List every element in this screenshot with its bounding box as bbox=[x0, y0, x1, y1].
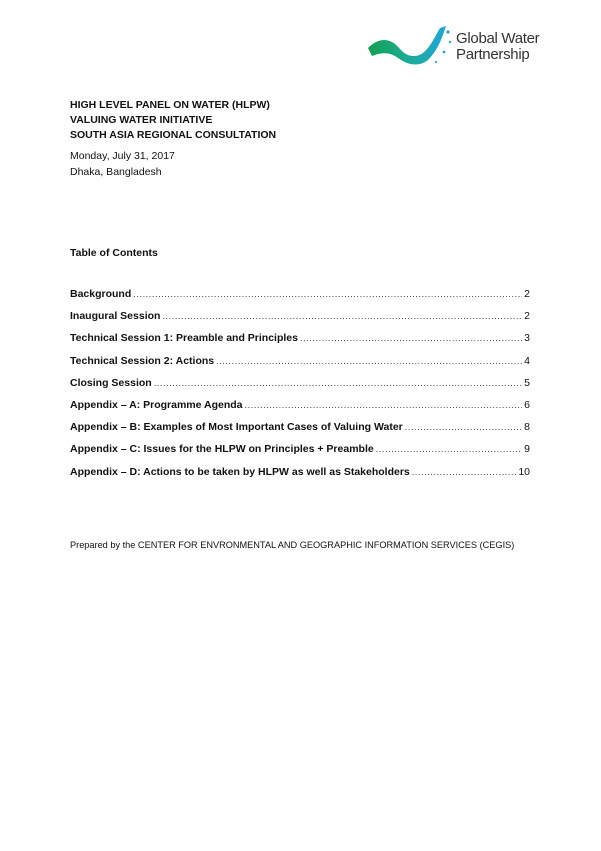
toc-entry[interactable]: Appendix – C: Issues for the HLPW on Pri… bbox=[70, 443, 530, 465]
toc-leader-dots bbox=[376, 444, 522, 454]
toc-entry-page[interactable]: 9 bbox=[524, 443, 530, 455]
logo-text: Global Water Partnership bbox=[456, 31, 539, 63]
document-header: HIGH LEVEL PANEL ON WATER (HLPW) VALUING… bbox=[70, 98, 276, 143]
toc-entry[interactable]: Appendix – A: Programme Agenda6 bbox=[70, 399, 530, 421]
toc-leader-dots bbox=[412, 467, 517, 477]
toc-leader-dots bbox=[245, 400, 523, 410]
toc-title: Table of Contents bbox=[70, 247, 158, 259]
meeting-location: Dhaka, Bangladesh bbox=[70, 165, 175, 181]
document-page: Global Water Partnership HIGH LEVEL PANE… bbox=[0, 0, 601, 851]
toc-entry-label[interactable]: Background bbox=[70, 288, 131, 300]
toc-entry-page[interactable]: 3 bbox=[524, 332, 530, 344]
toc-entry[interactable]: Technical Session 2: Actions4 bbox=[70, 355, 530, 377]
toc-entry-page[interactable]: 2 bbox=[524, 310, 530, 322]
toc-entry-label[interactable]: Appendix – D: Actions to be taken by HLP… bbox=[70, 466, 410, 478]
toc-leader-dots bbox=[154, 378, 522, 388]
toc-leader-dots bbox=[133, 289, 522, 299]
toc-entry-page[interactable]: 2 bbox=[524, 288, 530, 300]
toc-leader-dots bbox=[216, 356, 522, 366]
meeting-date: Monday, July 31, 2017 bbox=[70, 149, 175, 165]
toc-entry[interactable]: Technical Session 1: Preamble and Princi… bbox=[70, 332, 530, 354]
toc-entry[interactable]: Appendix – B: Examples of Most Important… bbox=[70, 421, 530, 443]
toc-entry-label[interactable]: Appendix – C: Issues for the HLPW on Pri… bbox=[70, 443, 374, 455]
toc-entry[interactable]: Closing Session5 bbox=[70, 377, 530, 399]
table-of-contents: Background2Inaugural Session2Technical S… bbox=[70, 288, 530, 488]
toc-entry-page[interactable]: 8 bbox=[524, 421, 530, 433]
toc-entry-label[interactable]: Technical Session 2: Actions bbox=[70, 355, 214, 367]
toc-entry[interactable]: Appendix – D: Actions to be taken by HLP… bbox=[70, 466, 530, 488]
document-meta: Monday, July 31, 2017 Dhaka, Bangladesh bbox=[70, 149, 175, 180]
gwp-logo: Global Water Partnership bbox=[366, 22, 556, 70]
header-line3: SOUTH ASIA REGIONAL CONSULTATION bbox=[70, 128, 276, 143]
toc-entry[interactable]: Background2 bbox=[70, 288, 530, 310]
header-line1: HIGH LEVEL PANEL ON WATER (HLPW) bbox=[70, 98, 276, 113]
toc-entry-label[interactable]: Inaugural Session bbox=[70, 310, 160, 322]
toc-entry-page[interactable]: 4 bbox=[524, 355, 530, 367]
water-wave-icon bbox=[366, 22, 456, 70]
logo-line2: Partnership bbox=[456, 47, 539, 63]
toc-entry-label[interactable]: Closing Session bbox=[70, 377, 152, 389]
toc-entry[interactable]: Inaugural Session2 bbox=[70, 310, 530, 332]
toc-entry-page[interactable]: 5 bbox=[524, 377, 530, 389]
toc-leader-dots bbox=[162, 311, 522, 321]
toc-entry-label[interactable]: Technical Session 1: Preamble and Princi… bbox=[70, 332, 298, 344]
toc-entry-page[interactable]: 10 bbox=[518, 466, 530, 478]
toc-entry-label[interactable]: Appendix – B: Examples of Most Important… bbox=[70, 421, 403, 433]
header-line2: VALUING WATER INITIATIVE bbox=[70, 113, 276, 128]
prepared-by: Prepared by the CENTER FOR ENVRONMENTAL … bbox=[70, 540, 514, 550]
toc-leader-dots bbox=[300, 333, 522, 343]
toc-entry-label[interactable]: Appendix – A: Programme Agenda bbox=[70, 399, 243, 411]
logo-line1: Global Water bbox=[456, 31, 539, 47]
toc-leader-dots bbox=[405, 422, 522, 432]
toc-entry-page[interactable]: 6 bbox=[524, 399, 530, 411]
